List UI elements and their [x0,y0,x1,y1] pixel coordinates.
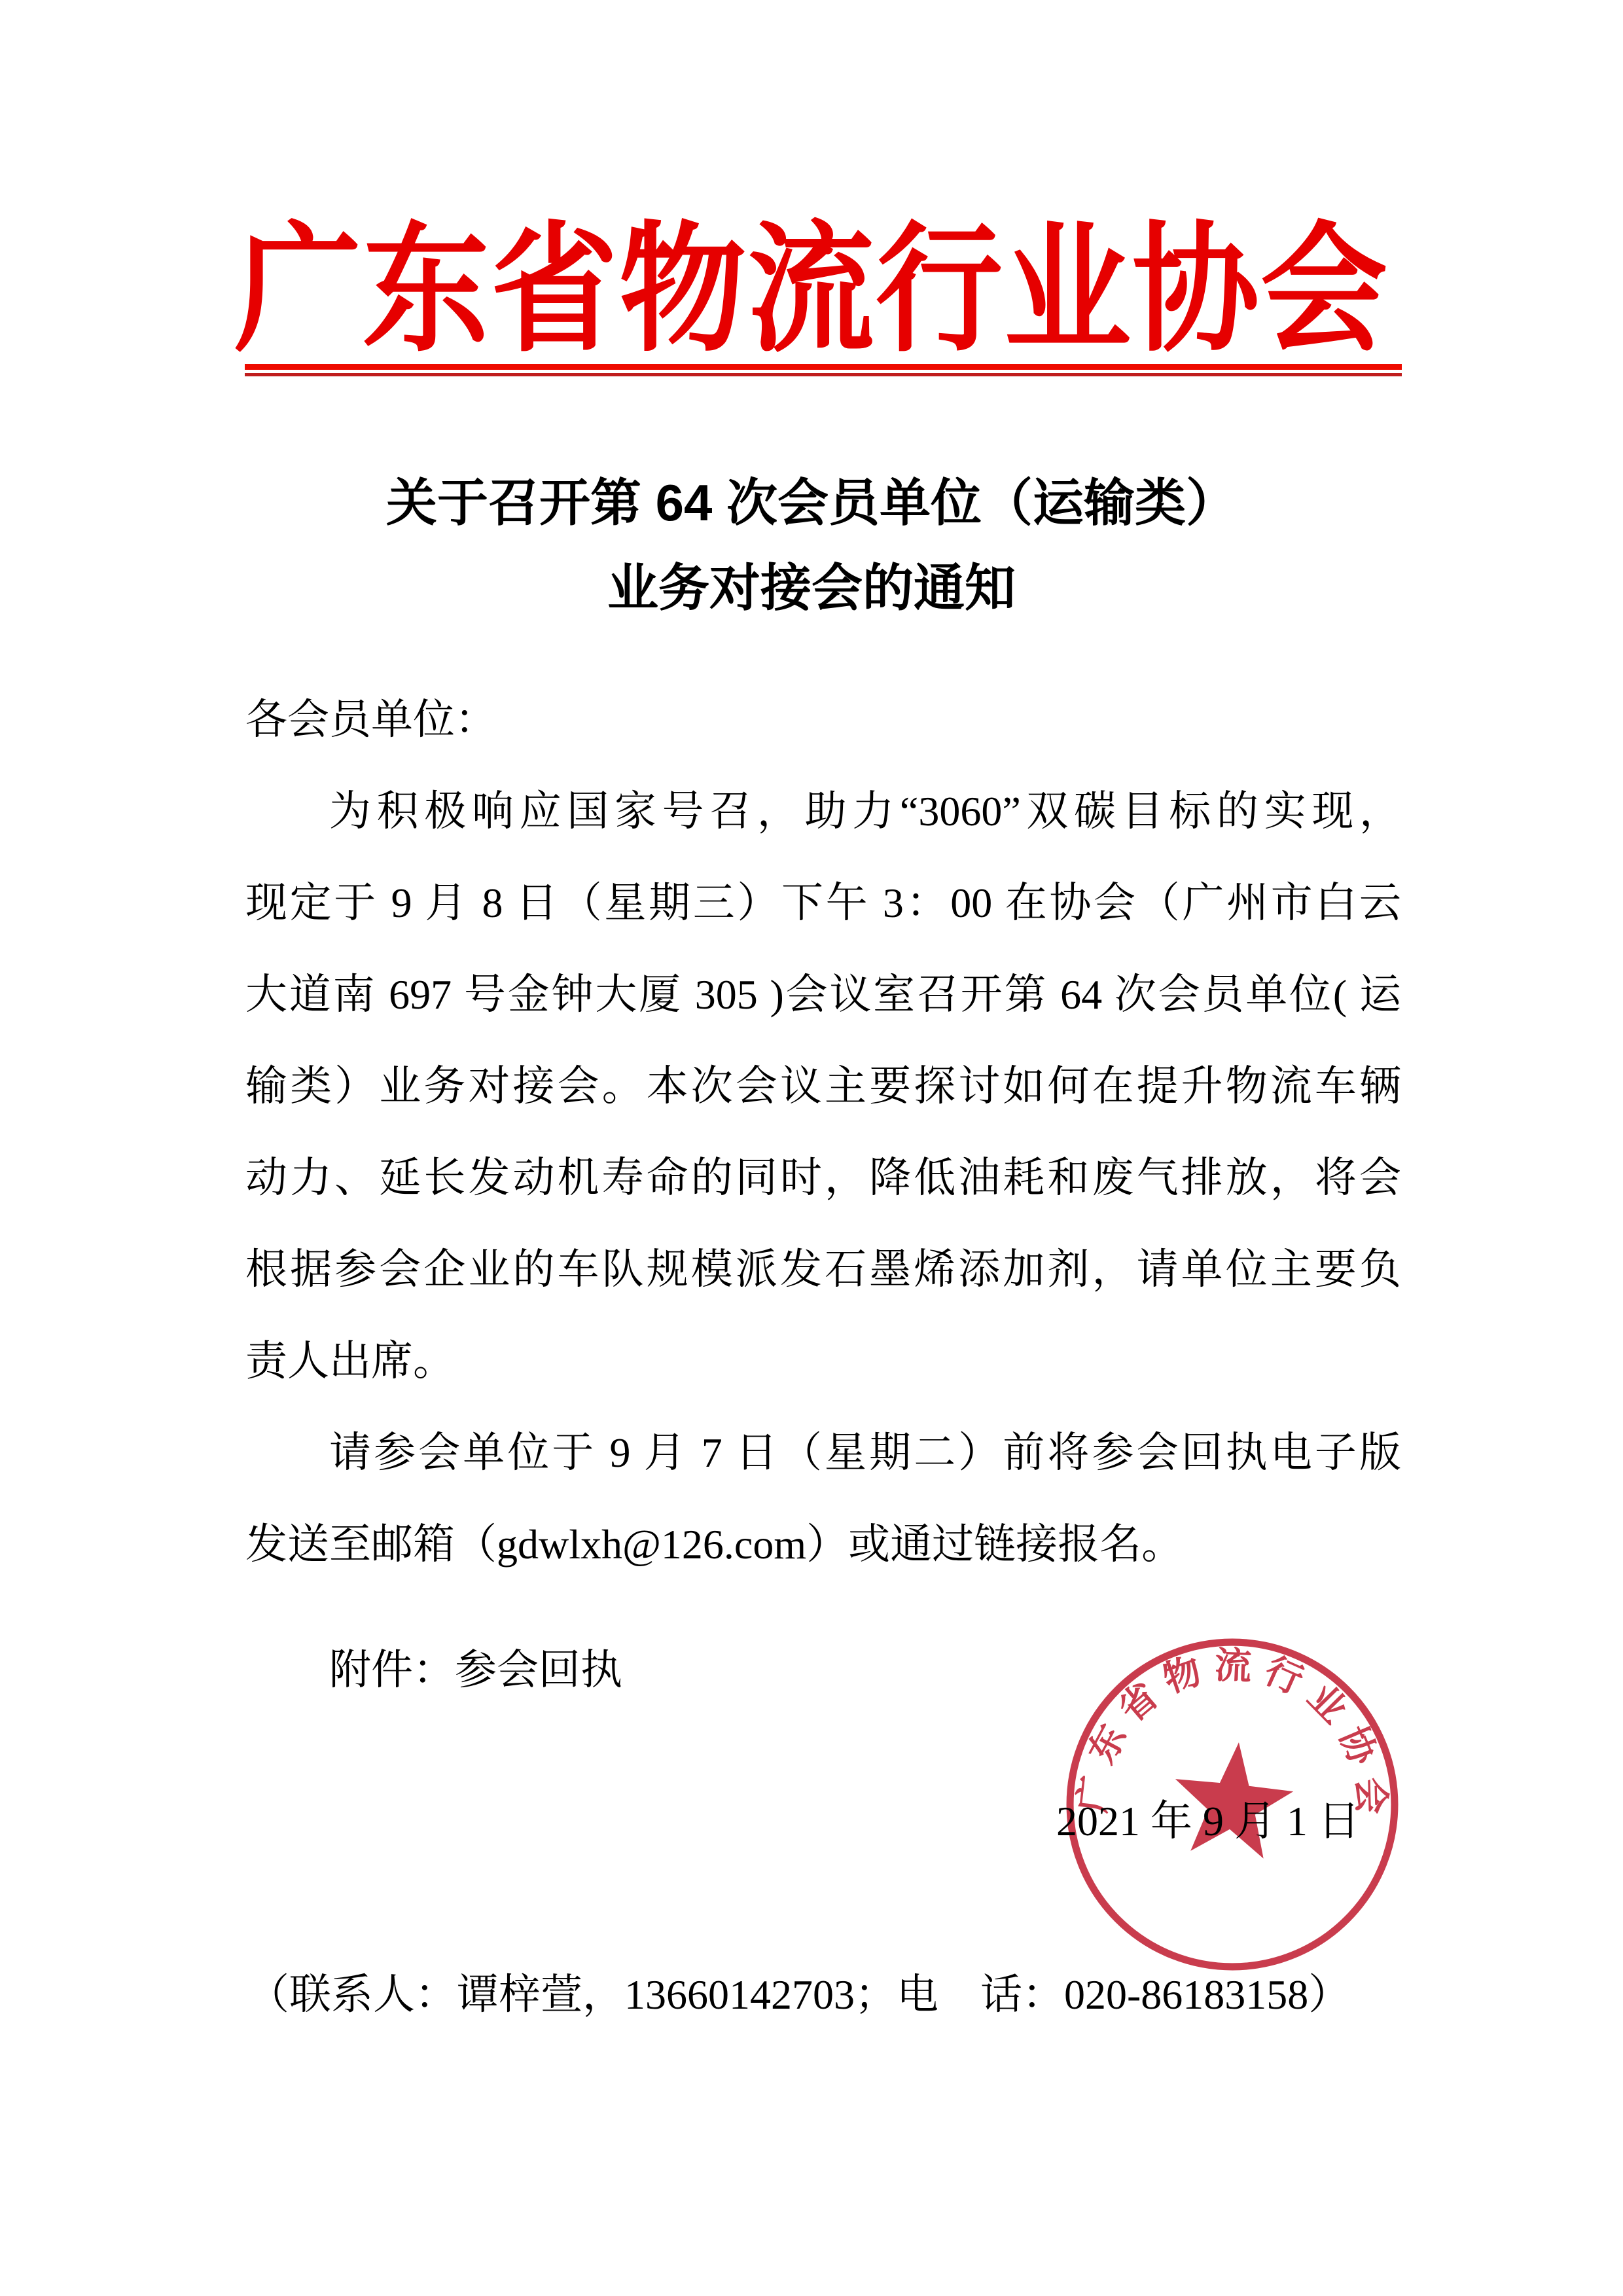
document-title-line2: 业务对接会的通知 [0,545,1623,630]
letterhead-double-rule [245,364,1402,376]
body-line: 大道南 697 号金钟大厦 305 )会议室召开第 64 次会员单位( 运 [245,949,1401,1041]
document-title-line1: 关于召开第 64 次会员单位（运输类） [0,460,1623,545]
body-line: 现定于 9 月 8 日（星期三）下午 3：00 在协会（广州市白云 [245,857,1401,949]
contact-info-line: （联系人：谭梓萱，13660142703；电 话：020-86183158） [247,1969,1350,2021]
body-line: 为积极响应国家号召，助力“3060”双碳目标的实现， [245,766,1401,857]
body-line: 根据参会企业的车队规模派发石墨烯添加剂，请单位主要负 [245,1224,1401,1316]
body-line: 输类）业务对接会。本次会议主要探讨如何在提升物流车辆 [245,1041,1401,1132]
body-line: 发送至邮箱（gdwlxh@126.com）或通过链接报名。 [245,1499,1401,1590]
letterhead-org-name: 广东省物流行业协会 [0,221,1623,361]
body-line: 各会员单位： [245,674,1401,766]
body-line: 责人出席。 [245,1316,1401,1407]
body-line: 请参会单位于 9 月 7 日（星期二）前将参会回执电子版 [245,1407,1401,1499]
body-line: 动力、延长发动机寿命的同时，降低油耗和废气排放，将会 [245,1132,1401,1224]
signoff-date: 2021 年 9 月 1 日 [1056,1799,1360,1844]
attachment-line: 附件：参会回执 [329,1624,622,1716]
notice-document-page: 广东省物流行业协会 关于召开第 64 次会员单位（运输类） 业务对接会的通知 各… [0,0,1623,2296]
document-title: 关于召开第 64 次会员单位（运输类） 业务对接会的通知 [0,460,1623,630]
body-text-block: 各会员单位：为积极响应国家号召，助力“3060”双碳目标的实现，现定于 9 月 … [245,674,1401,1590]
